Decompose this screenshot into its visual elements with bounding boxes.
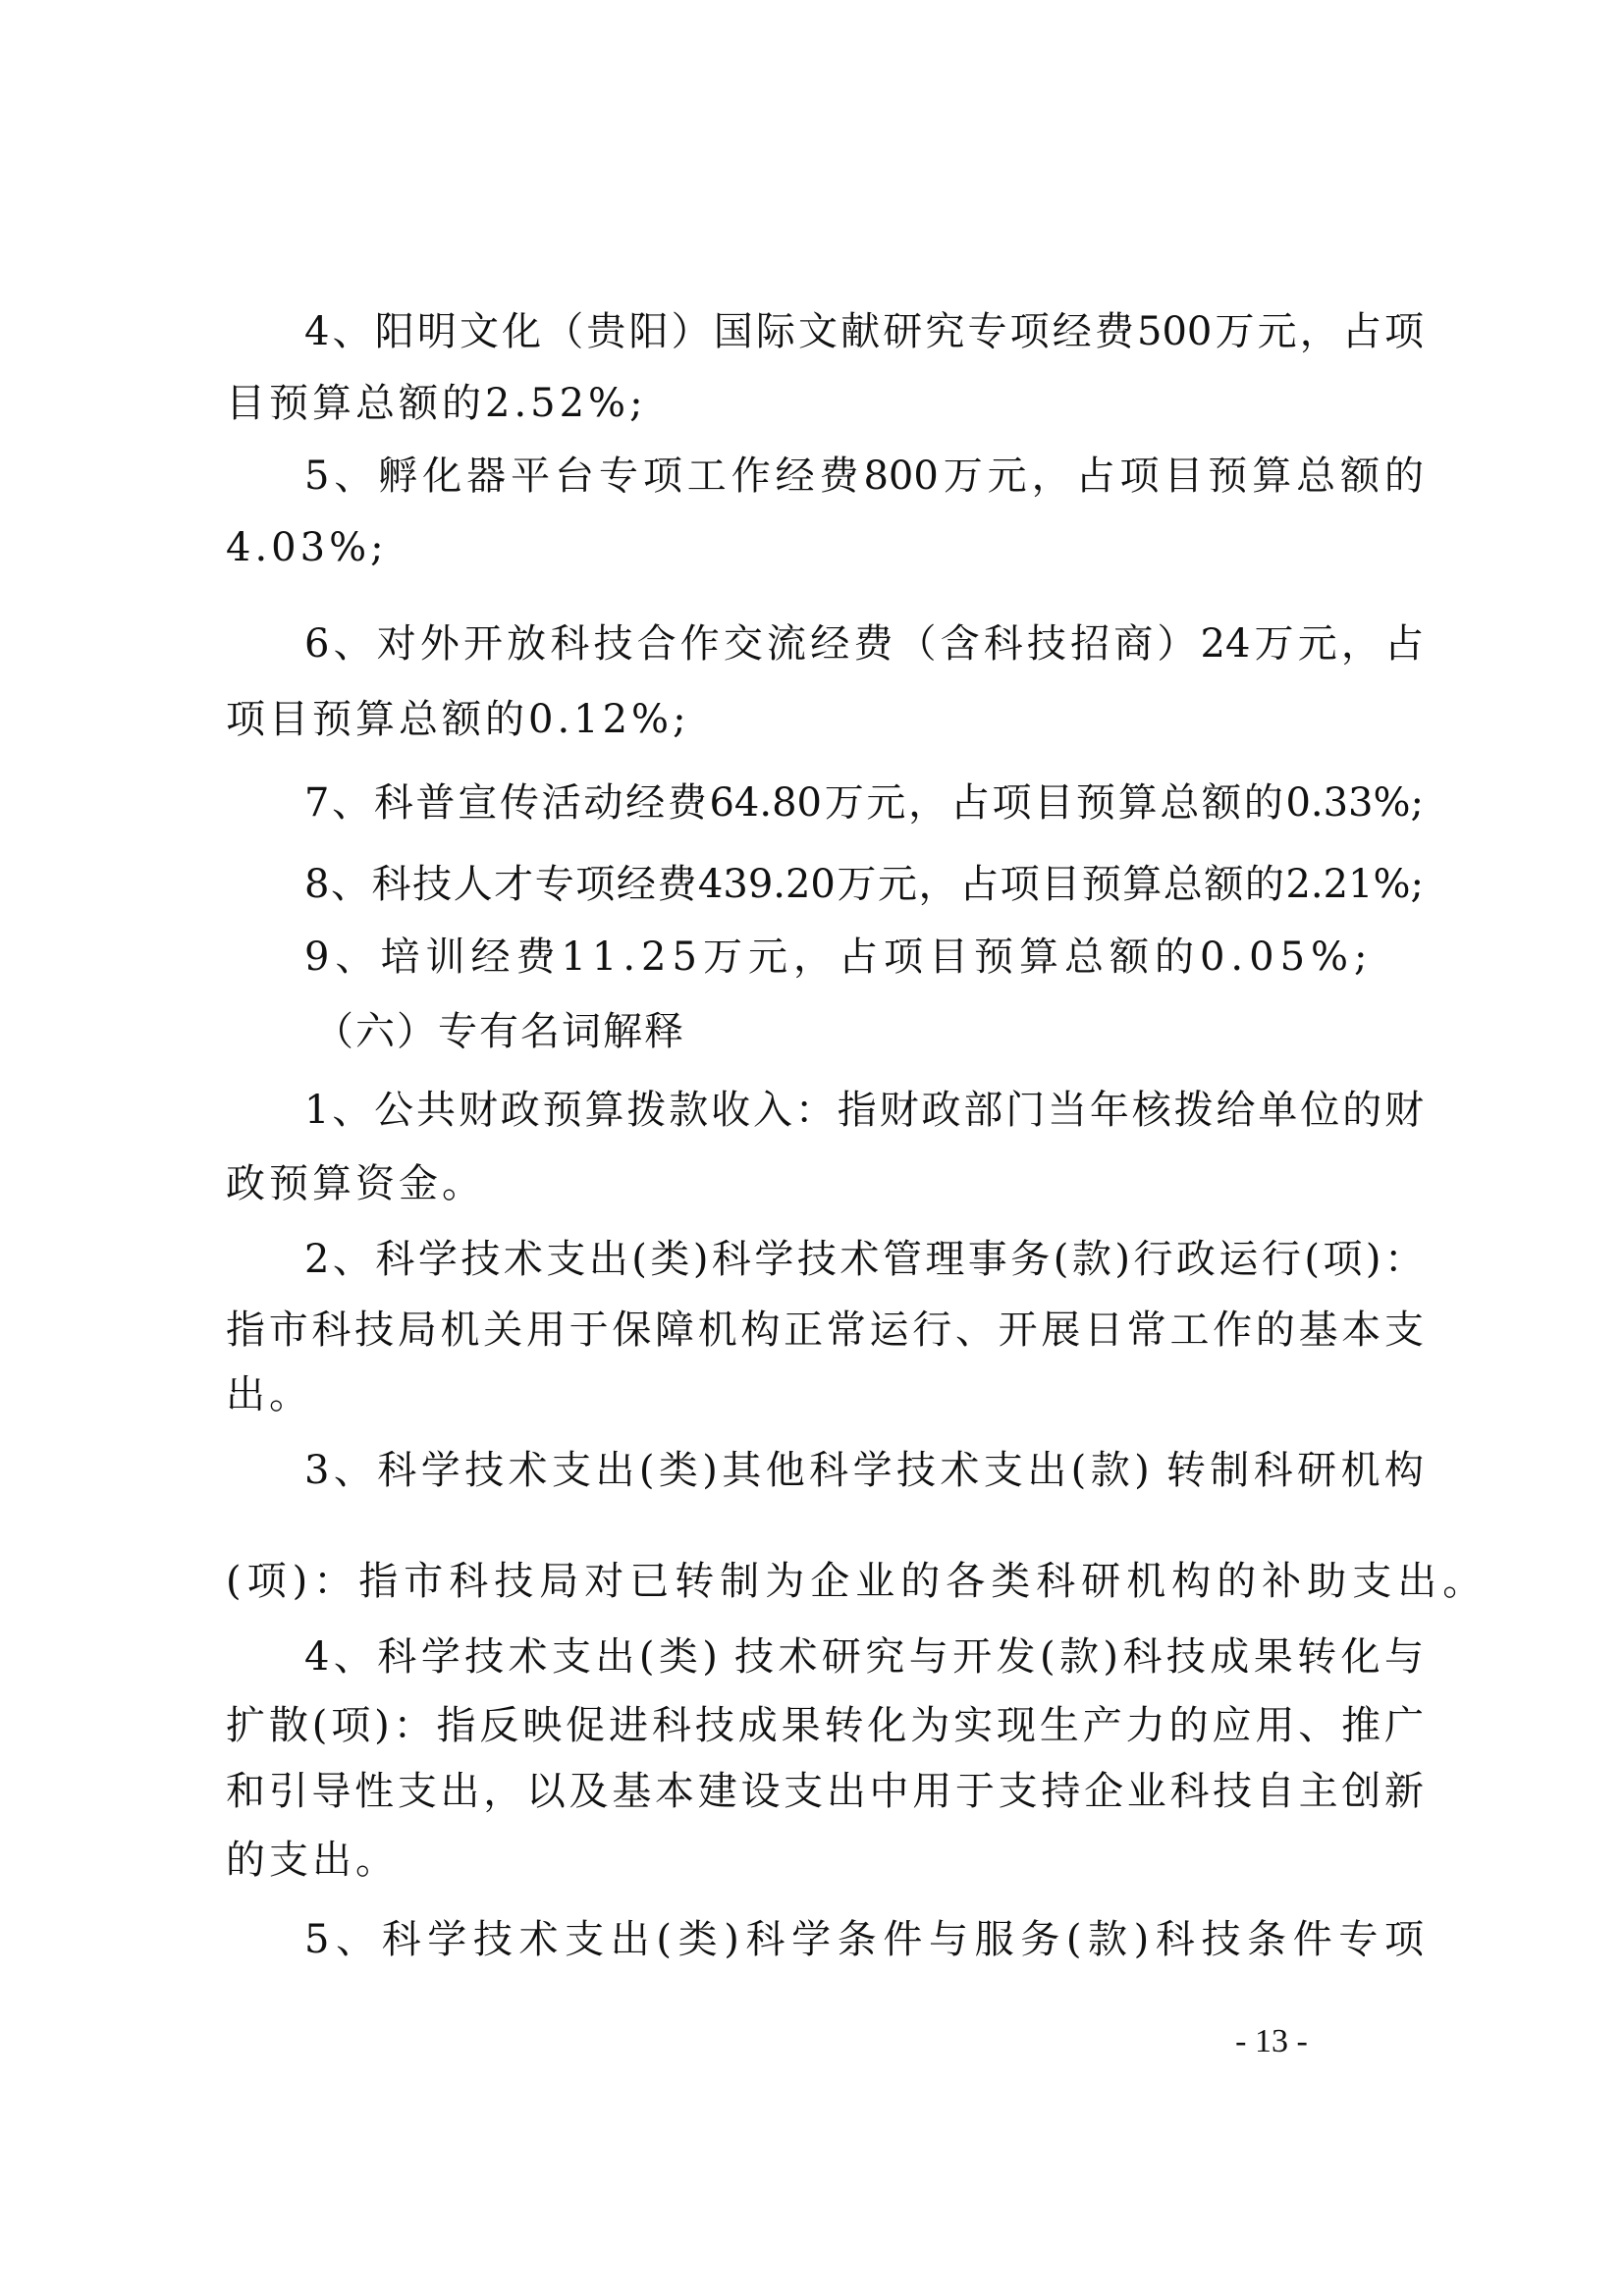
paragraph-line: 4、阳明文化（贵阳）国际文献研究专项经费500万元，占项 [304, 307, 1424, 356]
paragraph-line: 项目预算总额的0.12%; [226, 695, 1424, 744]
paragraph-line: 和引导性支出，以及基本建设支出中用于支持企业科技自主创新 [226, 1767, 1424, 1816]
paragraph-line: 扩散(项)：指反映促进科技成果转化为实现生产力的应用、推广 [226, 1701, 1424, 1750]
paragraph-line: 6、对外开放科技合作交流经费（含科技招商）24万元，占 [304, 619, 1424, 668]
paragraph-line: 指市科技局机关用于保障机构正常运行、开展日常工作的基本支 [226, 1306, 1424, 1355]
paragraph-line: 4、科学技术支出(类) 技术研究与开发(款)科技成果转化与 [304, 1632, 1424, 1682]
paragraph-line: 8、科技人才专项经费439.20万元，占项目预算总额的2.21%; [304, 860, 1424, 909]
paragraph-line: 2、科学技术支出(类)科学技术管理事务(款)行政运行(项)： [304, 1235, 1424, 1284]
paragraph-line: 出。 [226, 1370, 1424, 1419]
paragraph-line: 4.03%; [226, 523, 1424, 572]
page-number: - 13 - [1208, 2020, 1335, 2063]
paragraph-line: 政预算资金。 [226, 1159, 1424, 1208]
paragraph-line: 9、培训经费11.25万元，占项目预算总额的0.05%; [304, 933, 1424, 982]
paragraph-line: 的支出。 [226, 1836, 1424, 1885]
paragraph-line: 7、科普宣传活动经费64.80万元，占项目预算总额的0.33%; [304, 778, 1424, 828]
paragraph-line: 5、孵化器平台专项工作经费800万元，占项目预算总额的 [304, 452, 1424, 501]
paragraph-line: 3、科学技术支出(类)其他科学技术支出(款) 转制科研机构 [304, 1446, 1424, 1495]
document-page: 4、阳明文化（贵阳）国际文献研究专项经费500万元，占项 目预算总额的2.52%… [0, 0, 1624, 2296]
paragraph-line: 1、公共财政预算拨款收入：指财政部门当年核拨给单位的财 [304, 1086, 1424, 1135]
paragraph-line: 5、科学技术支出(类)科学条件与服务(款)科技条件专项 [304, 1915, 1424, 1964]
section-heading: （六）专有名词解释 [314, 1007, 707, 1056]
paragraph-line: 目预算总额的2.52%; [226, 379, 1424, 428]
paragraph-line: (项)：指市科技局对已转制为企业的各类科研机构的补助支出。 [226, 1557, 1424, 1606]
